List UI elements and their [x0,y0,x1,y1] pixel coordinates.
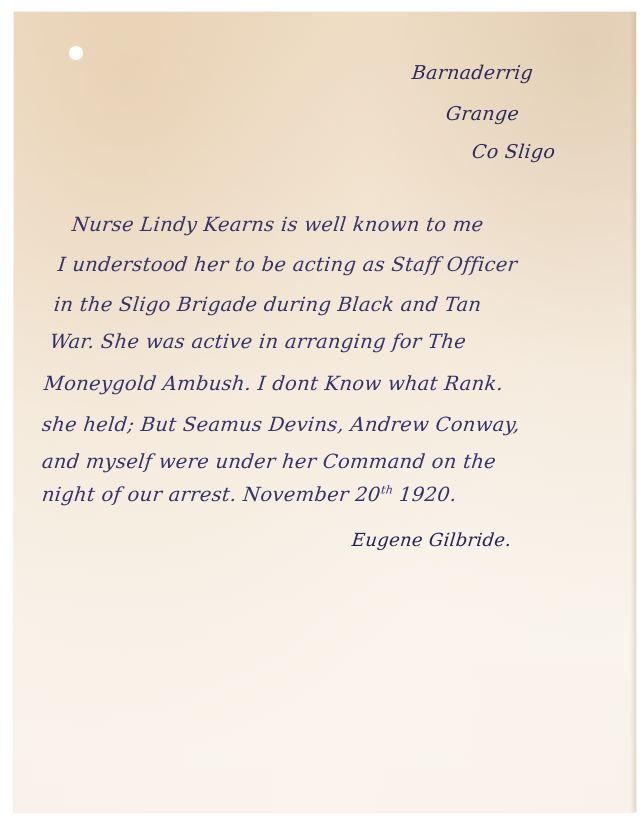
address-line-3: Co Sligo [471,141,556,163]
body-line-5: Moneygold Ambush. I dont Know what Rank. [43,372,505,395]
body-line-7: and myself were under her Command on the [41,450,498,473]
date-year: 1920. [392,483,458,506]
letter-paper [14,12,636,812]
body-line-3: in the Sligo Brigade during Black and Ta… [53,293,483,316]
body-line-4: War. She was active in arranging for The [49,330,468,353]
address-line-1: Barnaderrig [411,62,534,84]
address-line-2: Grange [445,103,520,125]
body-line-1: Nurse Lindy Kearns is well known to me [71,213,485,236]
body-line-2: I understood her to be acting as Staff O… [57,253,519,276]
body-line-8: night of our arrest. November 20th 1920. [41,483,458,506]
signature: Eugene Gilbride. [351,530,513,551]
body-line-6: she held; But Seamus Devins, Andrew Conw… [41,413,521,436]
body-line-8-text: night of our arrest. November 20 [41,483,382,506]
punch-hole [69,46,83,60]
